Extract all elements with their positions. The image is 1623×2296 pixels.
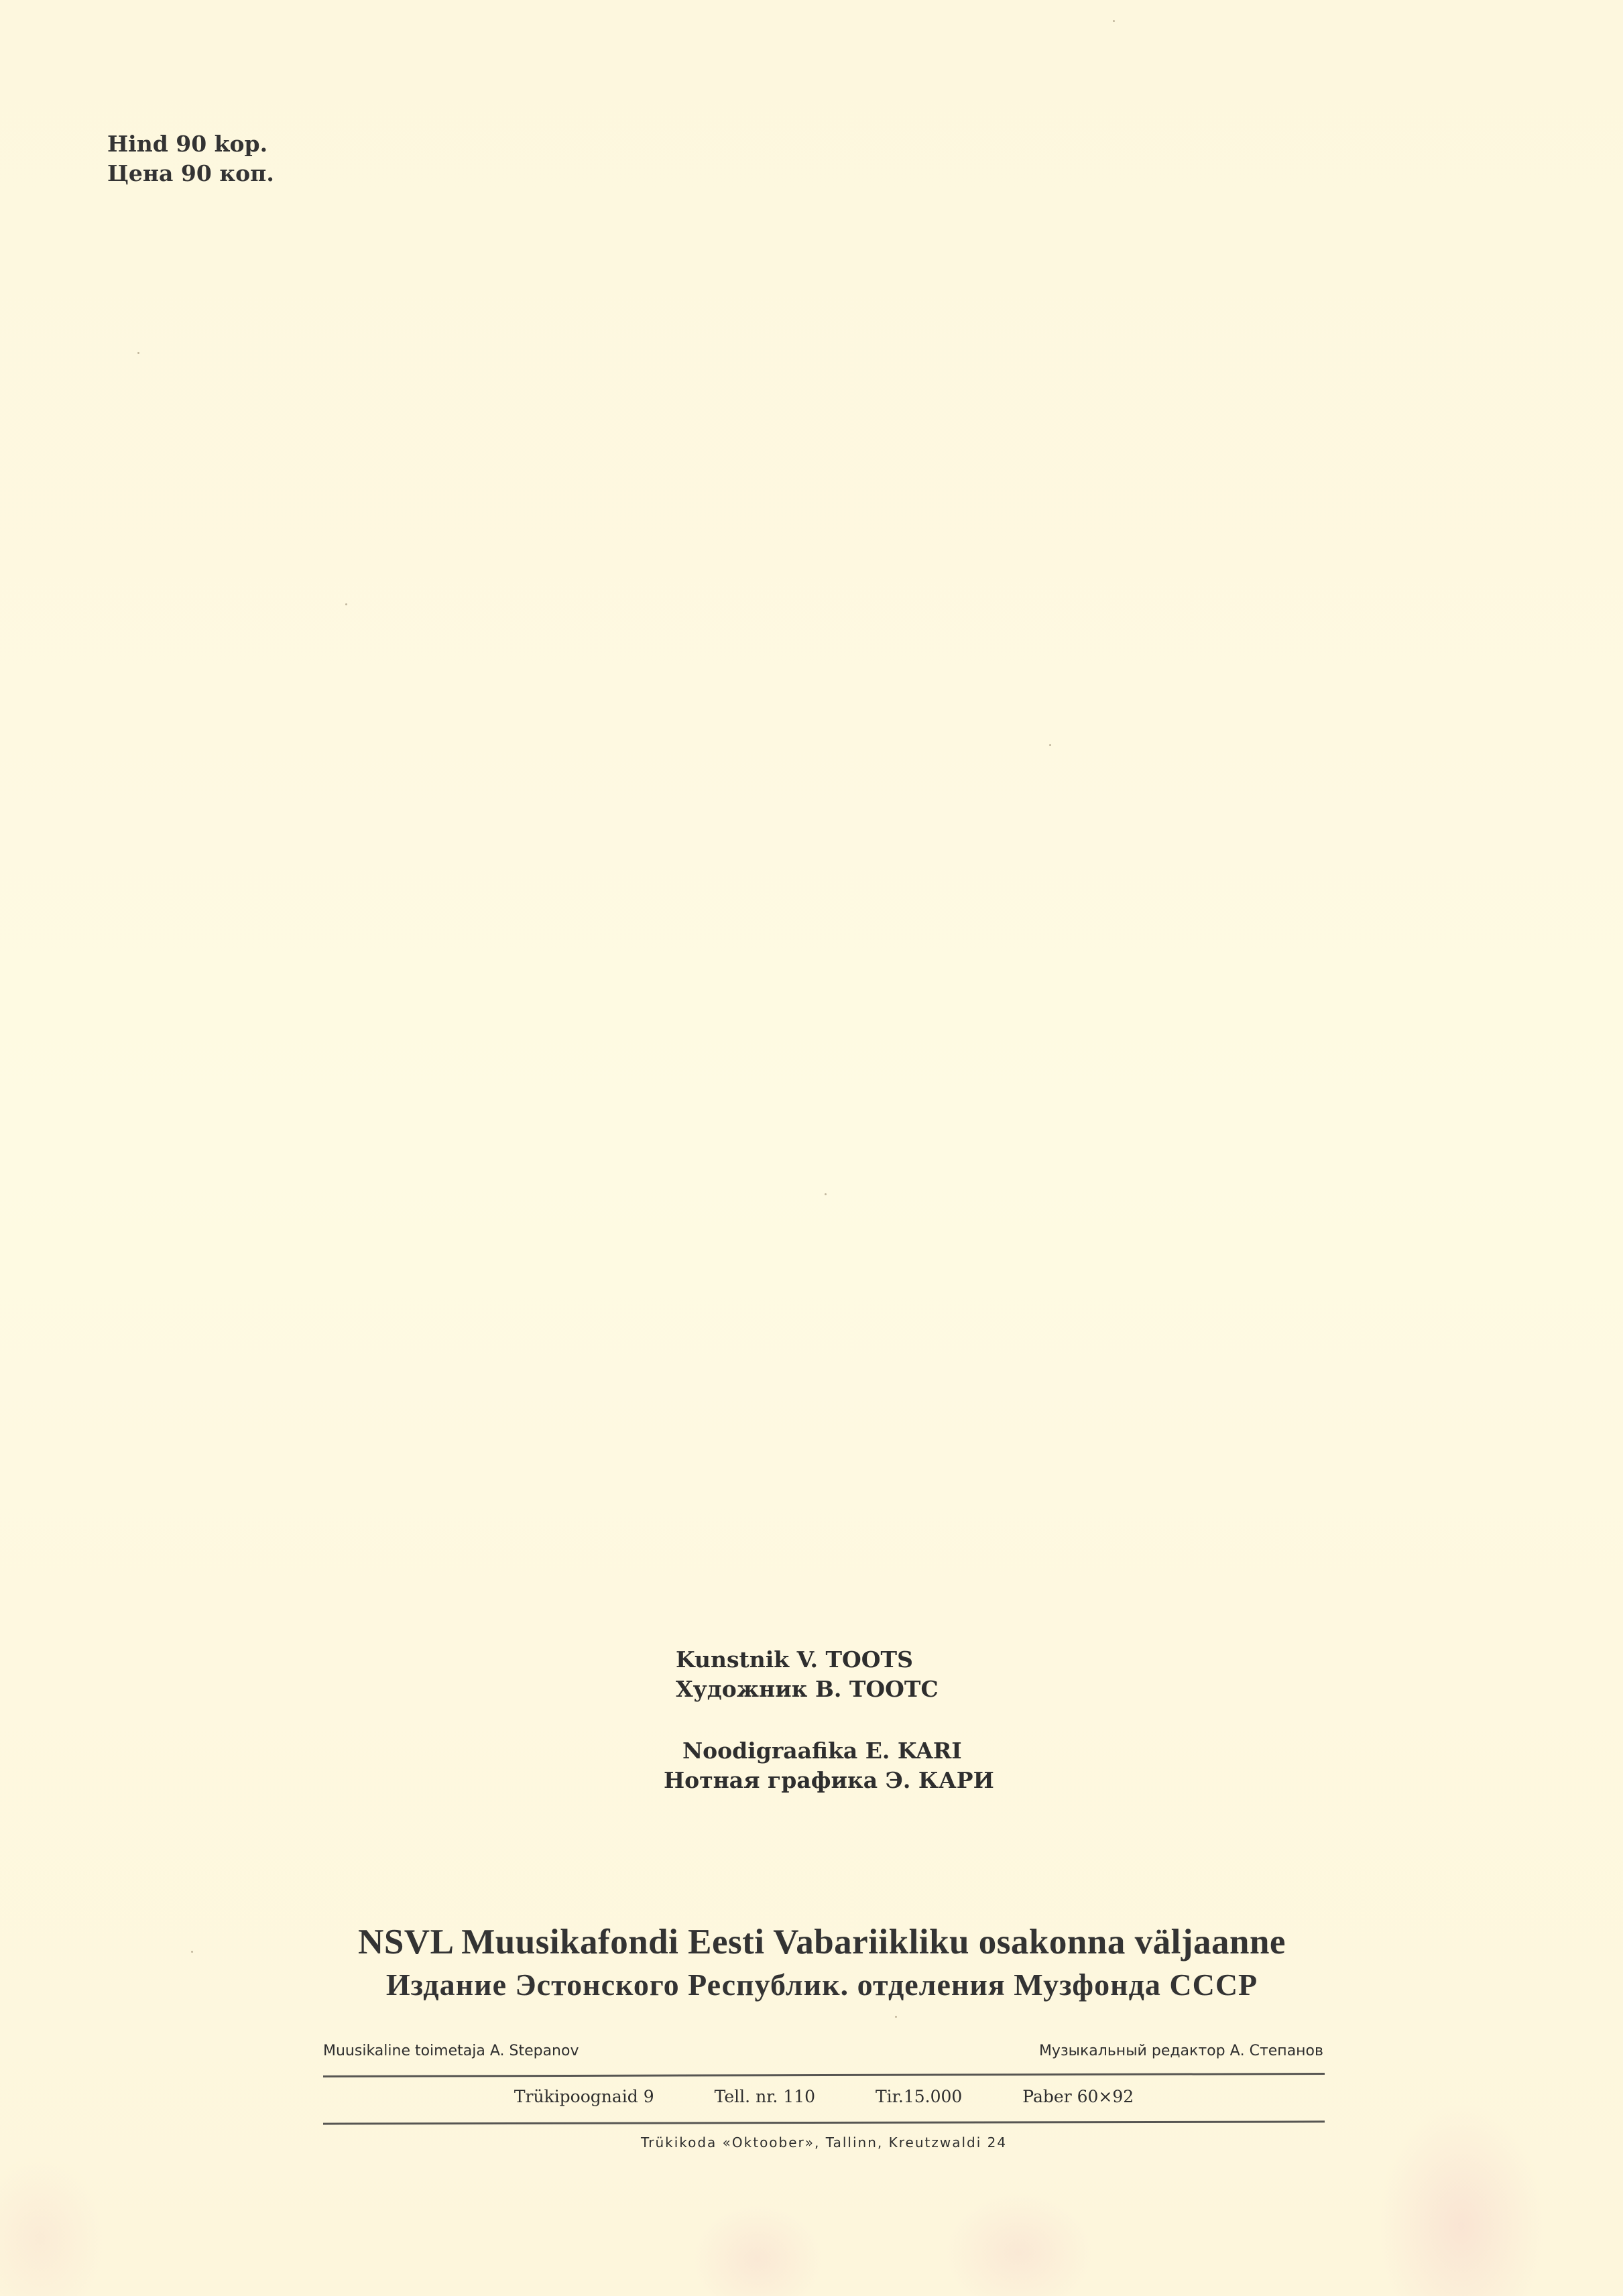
divider-rule bbox=[323, 2073, 1325, 2077]
imprint-line: Trükipoognaid 9 Tell. nr. 110 Tir.15.000… bbox=[323, 2087, 1325, 2106]
printed-sheets: Trükipoognaid 9 bbox=[514, 2087, 654, 2106]
printer-line: Trükikoda «Oktoober», Tallinn, Kreutzwal… bbox=[323, 2134, 1325, 2151]
paper-speck bbox=[895, 2016, 897, 2018]
artist-credit-russian: Художник В. ТООТС bbox=[664, 1675, 994, 1704]
editor-russian: Музыкальный редактор А. Степанов bbox=[1039, 2043, 1323, 2059]
divider-rule bbox=[323, 2120, 1325, 2124]
paper-format: Paber 60×92 bbox=[1022, 2087, 1134, 2106]
paper-speck bbox=[1049, 744, 1051, 746]
editors-line: Muusikaline toimetaja A. Stepanov Музыка… bbox=[323, 2043, 1323, 2059]
credits-block: Kunstnik V. TOOTS Художник В. ТООТС Nood… bbox=[664, 1645, 994, 1795]
engraving-credit-russian: Нотная графика Э. КАРИ bbox=[664, 1766, 994, 1795]
publisher-estonian: NSVL Muusikafondi Eesti Vabariikliku osa… bbox=[319, 1921, 1325, 1963]
paper-speck bbox=[825, 1193, 827, 1195]
paper-speck bbox=[137, 352, 139, 354]
order-number: Tell. nr. 110 bbox=[715, 2087, 815, 2106]
engraving-credit: Noodigraafika E. KARI Нотная графика Э. … bbox=[664, 1736, 994, 1795]
print-run: Tir.15.000 bbox=[876, 2087, 962, 2106]
paper-speck bbox=[345, 603, 347, 605]
artist-credit-estonian: Kunstnik V. TOOTS bbox=[664, 1645, 994, 1675]
price-russian: Цена 90 коп. bbox=[107, 159, 274, 188]
engraving-credit-estonian: Noodigraafika E. KARI bbox=[664, 1736, 994, 1766]
publisher-russian: Издание Эстонского Республик. отделения … bbox=[319, 1964, 1325, 2006]
publisher-block: NSVL Muusikafondi Eesti Vabariikliku osa… bbox=[319, 1921, 1325, 2006]
paper-speck bbox=[1113, 20, 1115, 22]
price-estonian: Hind 90 kop. bbox=[107, 129, 274, 159]
paper-speck bbox=[191, 1951, 193, 1953]
artist-credit: Kunstnik V. TOOTS Художник В. ТООТС bbox=[664, 1645, 994, 1704]
editor-estonian: Muusikaline toimetaja A. Stepanov bbox=[323, 2043, 579, 2059]
price-block: Hind 90 kop. Цена 90 коп. bbox=[107, 129, 274, 188]
